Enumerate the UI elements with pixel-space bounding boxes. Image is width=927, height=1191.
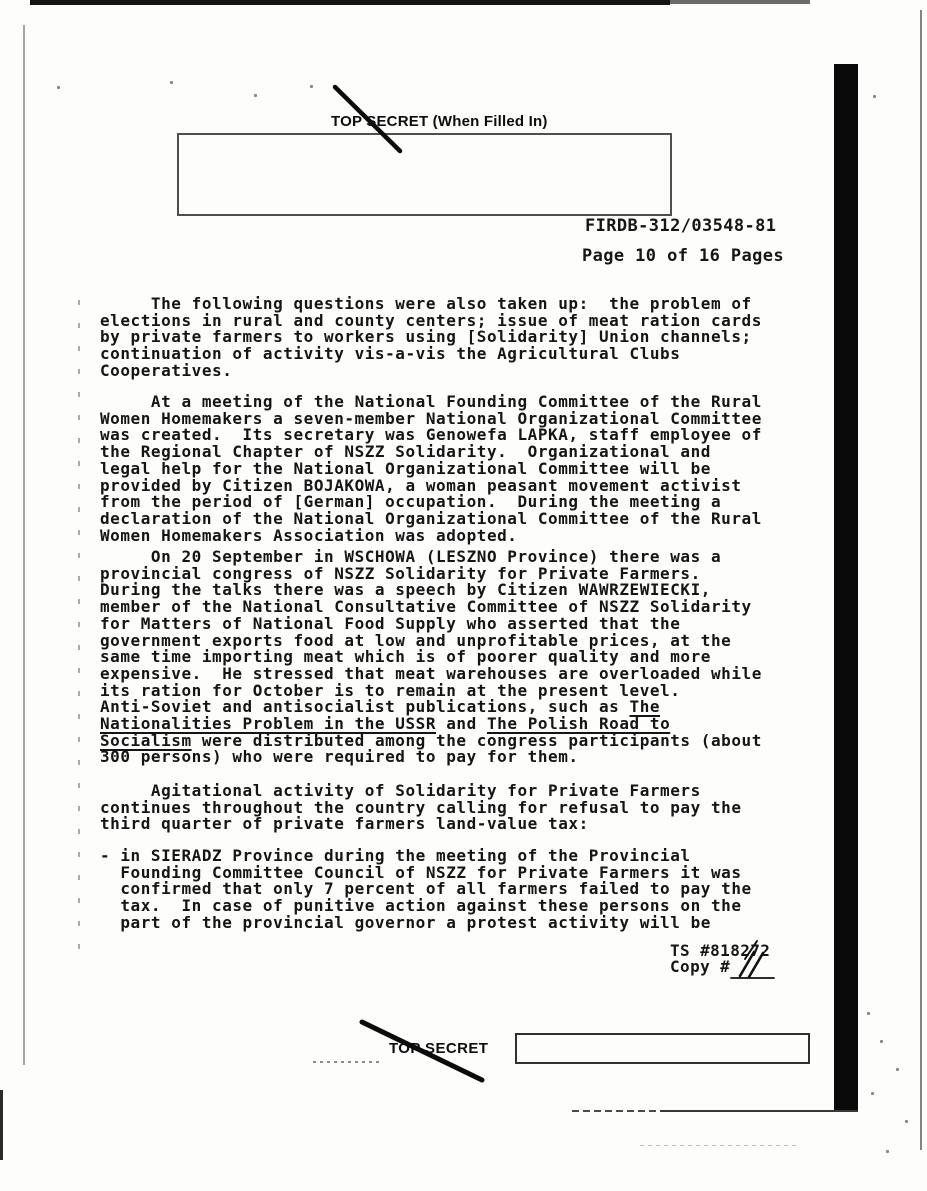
routing-box-empty <box>177 133 672 216</box>
scan-speck <box>871 1092 874 1095</box>
scan-speck <box>880 1040 883 1043</box>
bottom-dashed-line <box>572 1110 662 1112</box>
text-line: 300 persons) who were required to pay fo… <box>100 749 762 766</box>
classification-stamp-bottom: TOP SECRET <box>389 1040 488 1057</box>
scan-edge-strip <box>30 0 670 5</box>
scan-speck <box>310 85 313 88</box>
scan-speck <box>57 86 60 89</box>
scan-speck <box>873 95 876 98</box>
scan-speck <box>170 81 173 84</box>
scan-speck <box>254 94 257 97</box>
scanned-document-page: TOP SECRET (When Filled In) FIRDB-312/03… <box>0 0 927 1191</box>
paragraph: The following questions were also taken … <box>100 296 762 380</box>
text-line: third quarter of private farmers land-va… <box>100 816 742 833</box>
text-line: Cooperatives. <box>100 363 762 380</box>
document-number: FIRDB-312/03548-81 <box>585 216 776 236</box>
classification-stamp-top: TOP SECRET (When Filled In) <box>331 113 548 130</box>
copy-number-label: Copy # <box>670 957 730 976</box>
bottom-solid-line <box>660 1110 858 1112</box>
classification-box-empty <box>515 1033 810 1064</box>
scan-speck <box>896 1068 899 1071</box>
text-line: Women Homemakers Association was adopted… <box>100 528 762 545</box>
margin-tick-marks <box>78 300 80 950</box>
scan-speck <box>867 1012 870 1015</box>
scan-speck <box>886 1150 889 1153</box>
paragraph: At a meeting of the National Founding Co… <box>100 394 762 544</box>
scan-edge-strip-faint <box>670 0 810 4</box>
faint-dotted-mark <box>313 1061 381 1063</box>
paragraph: On 20 September in WSCHOWA (LESZNO Provi… <box>100 549 762 766</box>
paragraph: - in SIERADZ Province during the meeting… <box>100 848 752 932</box>
text-line: legal help for the National Organization… <box>100 461 762 478</box>
scan-edge-right <box>920 10 922 1150</box>
paragraph: Agitational activity of Solidarity for P… <box>100 783 742 833</box>
text-line: part of the provincial governor a protes… <box>100 915 752 932</box>
bottom-faint-dashes <box>640 1145 800 1146</box>
scan-speck <box>905 1120 908 1123</box>
page-number-label: Page 10 of 16 Pages <box>582 246 784 266</box>
scan-edge-left-dark <box>0 1090 3 1160</box>
scan-edge-left <box>23 25 25 1065</box>
text-line: for Matters of National Food Supply who … <box>100 616 762 633</box>
black-margin-bar <box>834 64 858 1112</box>
